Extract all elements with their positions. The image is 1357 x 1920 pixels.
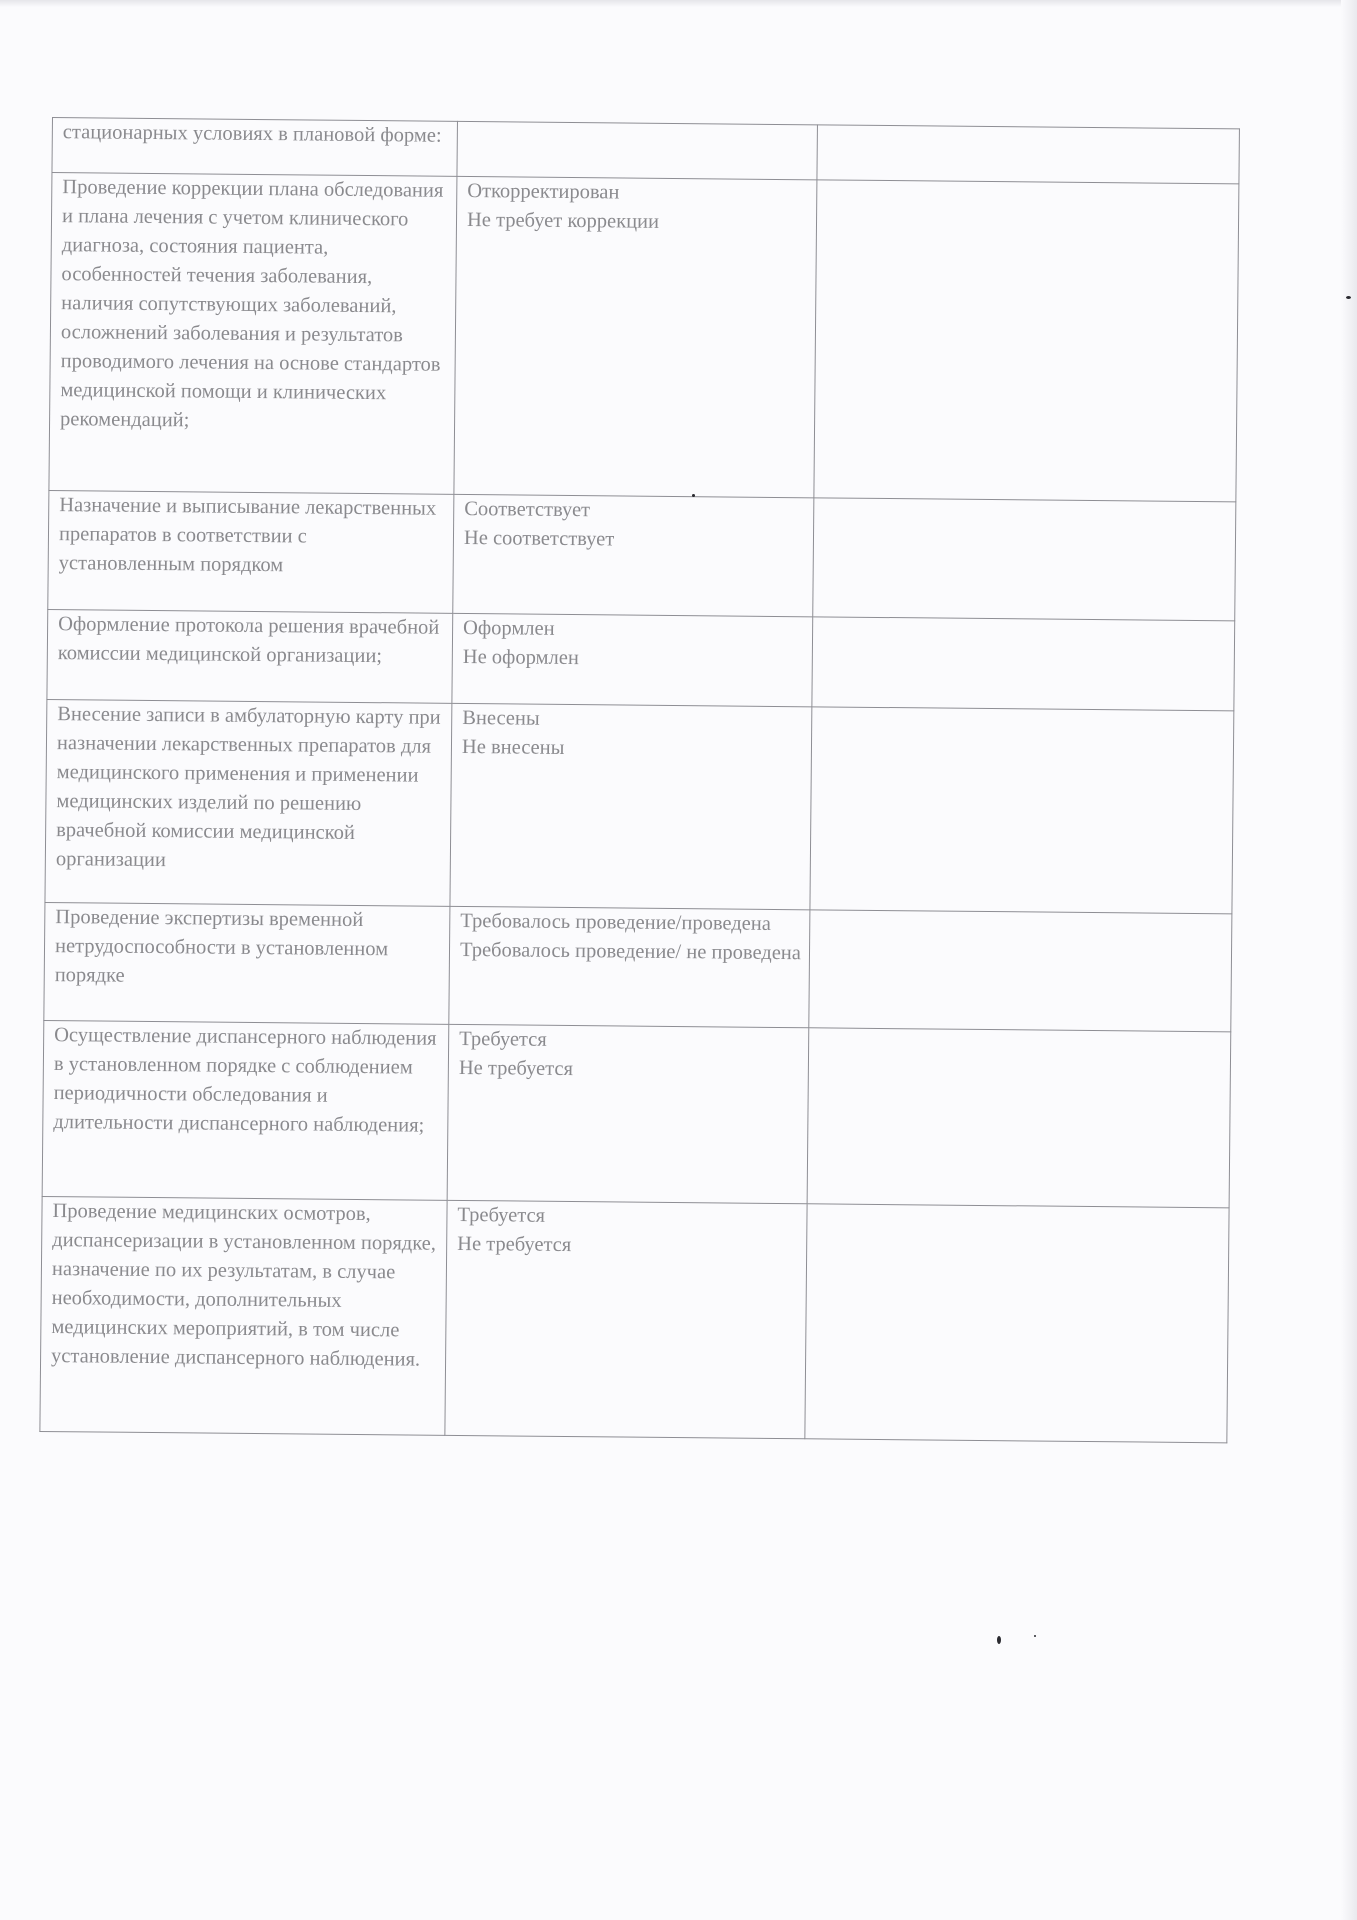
option-text: Требуется <box>459 1025 800 1057</box>
options-cell: Внесены Не внесены <box>450 703 812 909</box>
scan-speck <box>1034 1635 1036 1637</box>
option-text: Требовалось проведение/проведена <box>460 907 801 939</box>
note-cell <box>807 1028 1231 1208</box>
table-row: Назначение и выписывание лекарственных п… <box>48 490 1236 620</box>
option-text: Не требуется <box>457 1230 798 1262</box>
options-cell: Соответствует Не соответствует <box>453 494 814 616</box>
option-text: Требовалось проведение/ не проведена <box>460 936 801 968</box>
criterion-cell: Проведение коррекции плана обследования … <box>49 173 457 495</box>
assessment-table: стационарных условиях в плановой форме: … <box>39 117 1240 1443</box>
options-cell: Требуется Не требуется <box>447 1024 809 1203</box>
options-cell: Откорректирован Не требует коррекции <box>454 176 817 497</box>
criterion-cell: Проведение экспертизы временной нетрудос… <box>44 902 450 1024</box>
option-text: Не соответствует <box>464 524 805 556</box>
note-cell <box>814 180 1239 502</box>
table-row: Проведение медицинских осмотров, диспанс… <box>40 1196 1229 1442</box>
scan-speck <box>1346 296 1351 299</box>
note-cell <box>805 1204 1229 1443</box>
options-cell <box>457 121 818 179</box>
options-cell: Требовалось проведение/проведена Требова… <box>449 906 810 1027</box>
note-cell <box>809 910 1232 1032</box>
table-row: Внесение записи в амбулаторную карту при… <box>45 699 1234 913</box>
criterion-cell: Оформление протокола решения врачебной к… <box>47 609 453 703</box>
criterion-cell: Проведение медицинских осмотров, диспанс… <box>40 1196 447 1435</box>
table-row: Проведение экспертизы временной нетрудос… <box>44 902 1232 1031</box>
criterion-cell: стационарных условиях в плановой форме: <box>52 118 458 177</box>
scan-speck <box>692 494 695 497</box>
table-row: Проведение коррекции плана обследования … <box>49 173 1239 502</box>
note-cell <box>813 498 1236 621</box>
table-row: Осуществление диспансерного наблюдения в… <box>42 1020 1231 1207</box>
criterion-cell: Назначение и выписывание лекарственных п… <box>48 490 454 613</box>
option-text: Откорректирован <box>467 177 808 209</box>
note-cell <box>810 707 1234 914</box>
option-text: Не требует коррекции <box>467 206 808 238</box>
option-text: Не требуется <box>459 1054 800 1086</box>
option-text: Соответствует <box>464 495 805 527</box>
options-cell: Требуется Не требуется <box>445 1200 807 1438</box>
criterion-cell: Внесение записи в амбулаторную карту при… <box>45 699 452 906</box>
option-text: Не оформлен <box>463 643 804 675</box>
option-text: Оформлен <box>463 614 804 646</box>
note-cell <box>812 617 1235 711</box>
scan-edge-shadow <box>1341 0 1357 1920</box>
option-text: Требуется <box>457 1201 798 1233</box>
scan-speck <box>997 1636 1001 1644</box>
note-cell <box>817 125 1240 184</box>
criterion-cell: Осуществление диспансерного наблюдения в… <box>42 1020 449 1200</box>
option-text: Внесены <box>462 704 803 736</box>
scan-top-shadow <box>0 0 1357 7</box>
options-cell: Оформлен Не оформлен <box>452 613 813 706</box>
option-text: Не внесены <box>462 733 803 765</box>
table-row: Оформление протокола решения врачебной к… <box>47 609 1235 710</box>
